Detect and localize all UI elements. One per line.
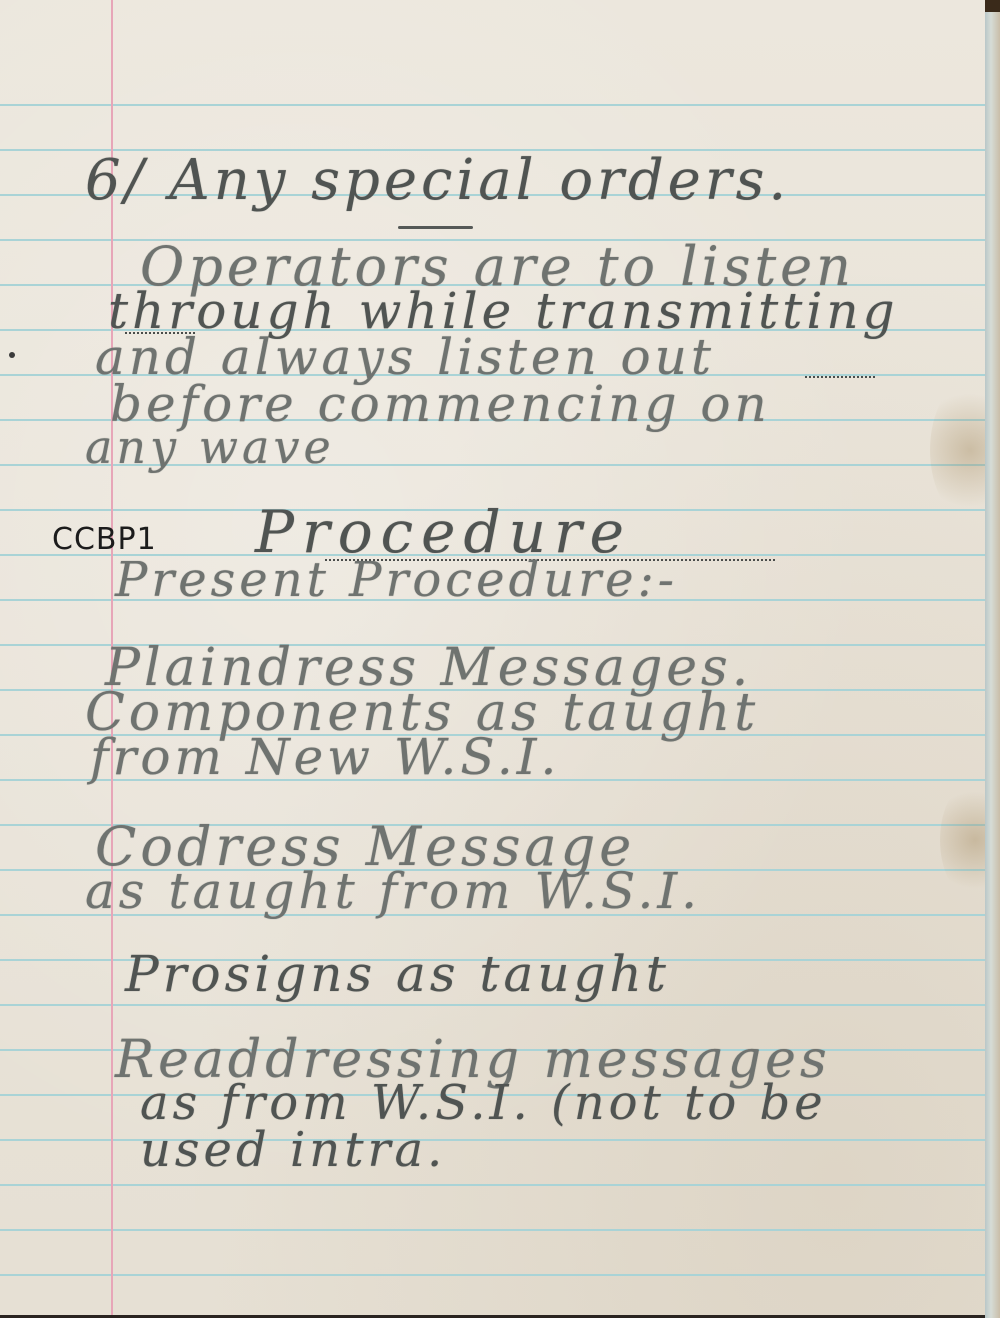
line-any-wave: any wave (85, 420, 335, 474)
line-from-new-wsi: from New W.S.I. (90, 728, 560, 786)
line-used-intra: used intra. (140, 1122, 446, 1178)
notebook-page: 6/ Any special orders. Operators are to … (0, 0, 985, 1315)
line-prosigns: Prosigns as taught (125, 945, 670, 1003)
page-edge (985, 0, 1000, 1318)
ink-spot (9, 352, 15, 358)
line-item-6: 6/ Any special orders. (85, 148, 790, 213)
underline-mark (398, 226, 473, 229)
line-as-taught-wsi: as taught from W.S.I. (85, 862, 701, 920)
subheading-present-procedure: Present Procedure:- (115, 552, 678, 608)
underline-squiggle (805, 370, 875, 378)
